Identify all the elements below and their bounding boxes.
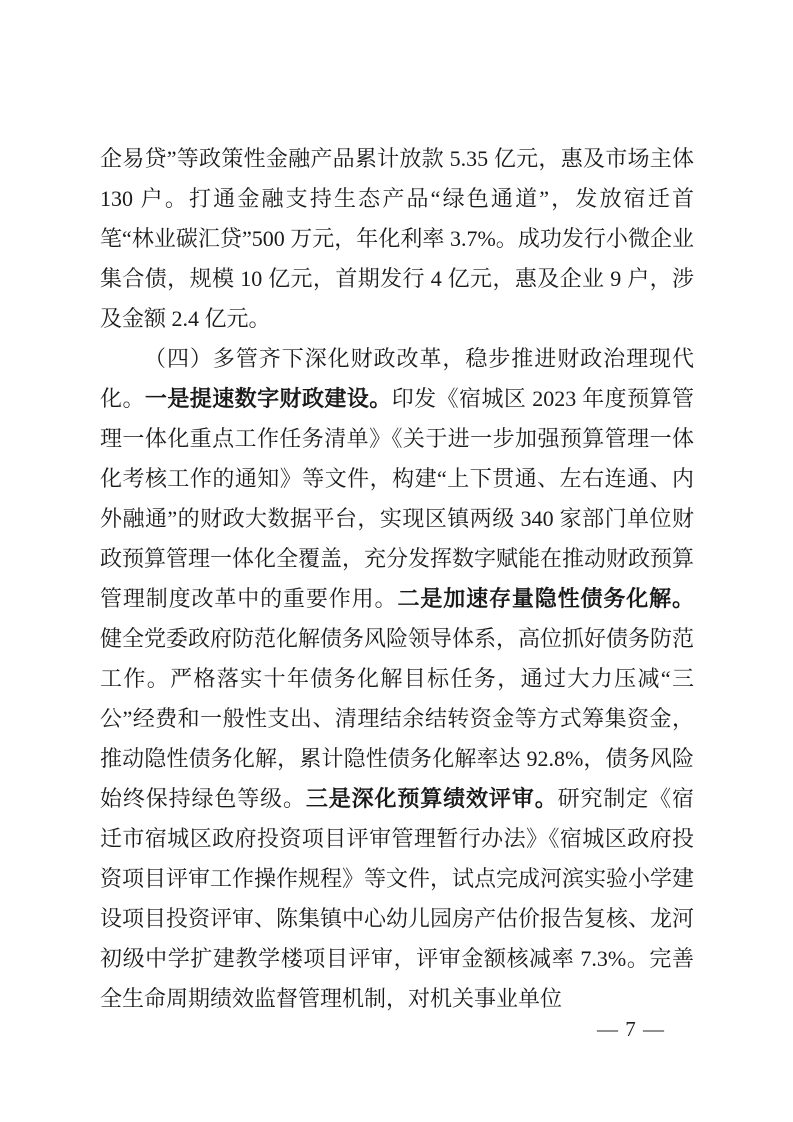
- text-run: 健全党委政府防范化解债务风险领导体系，高位抓好债务防范工作。严格落实十年债务化解…: [100, 626, 694, 811]
- paragraph: 企易贷”等政策性金融产品累计放款 5.35 亿元，惠及市场主体 130 户。打通…: [100, 139, 694, 339]
- text-run: 印发《宿城区 2023 年度预算管理一体化重点工作任务清单》《关于进一步加强预算…: [100, 386, 694, 611]
- bold-text-run: 二是加速存量隐性债务化解。: [397, 586, 694, 611]
- paragraph: （四）多管齐下深化财政改革，稳步推进财政治理现代化。一是提速数字财政建设。印发《…: [100, 339, 694, 1019]
- bold-text-run: 三是深化预算绩效评审。: [306, 786, 558, 811]
- text-run: 企易贷”等政策性金融产品累计放款 5.35 亿元，惠及市场主体 130 户。打通…: [100, 146, 694, 331]
- document-body: 企易贷”等政策性金融产品累计放款 5.35 亿元，惠及市场主体 130 户。打通…: [100, 139, 694, 1019]
- text-run: 研究制定《宿迁市宿城区政府投资项目评审管理暂行办法》《宿城区政府投资项目评审工作…: [100, 786, 694, 1011]
- page-number: — 7 —: [597, 1015, 665, 1043]
- bold-text-run: 一是提速数字财政建设。: [145, 386, 392, 411]
- document-page: 企易贷”等政策性金融产品累计放款 5.35 亿元，惠及市场主体 130 户。打通…: [0, 0, 793, 1122]
